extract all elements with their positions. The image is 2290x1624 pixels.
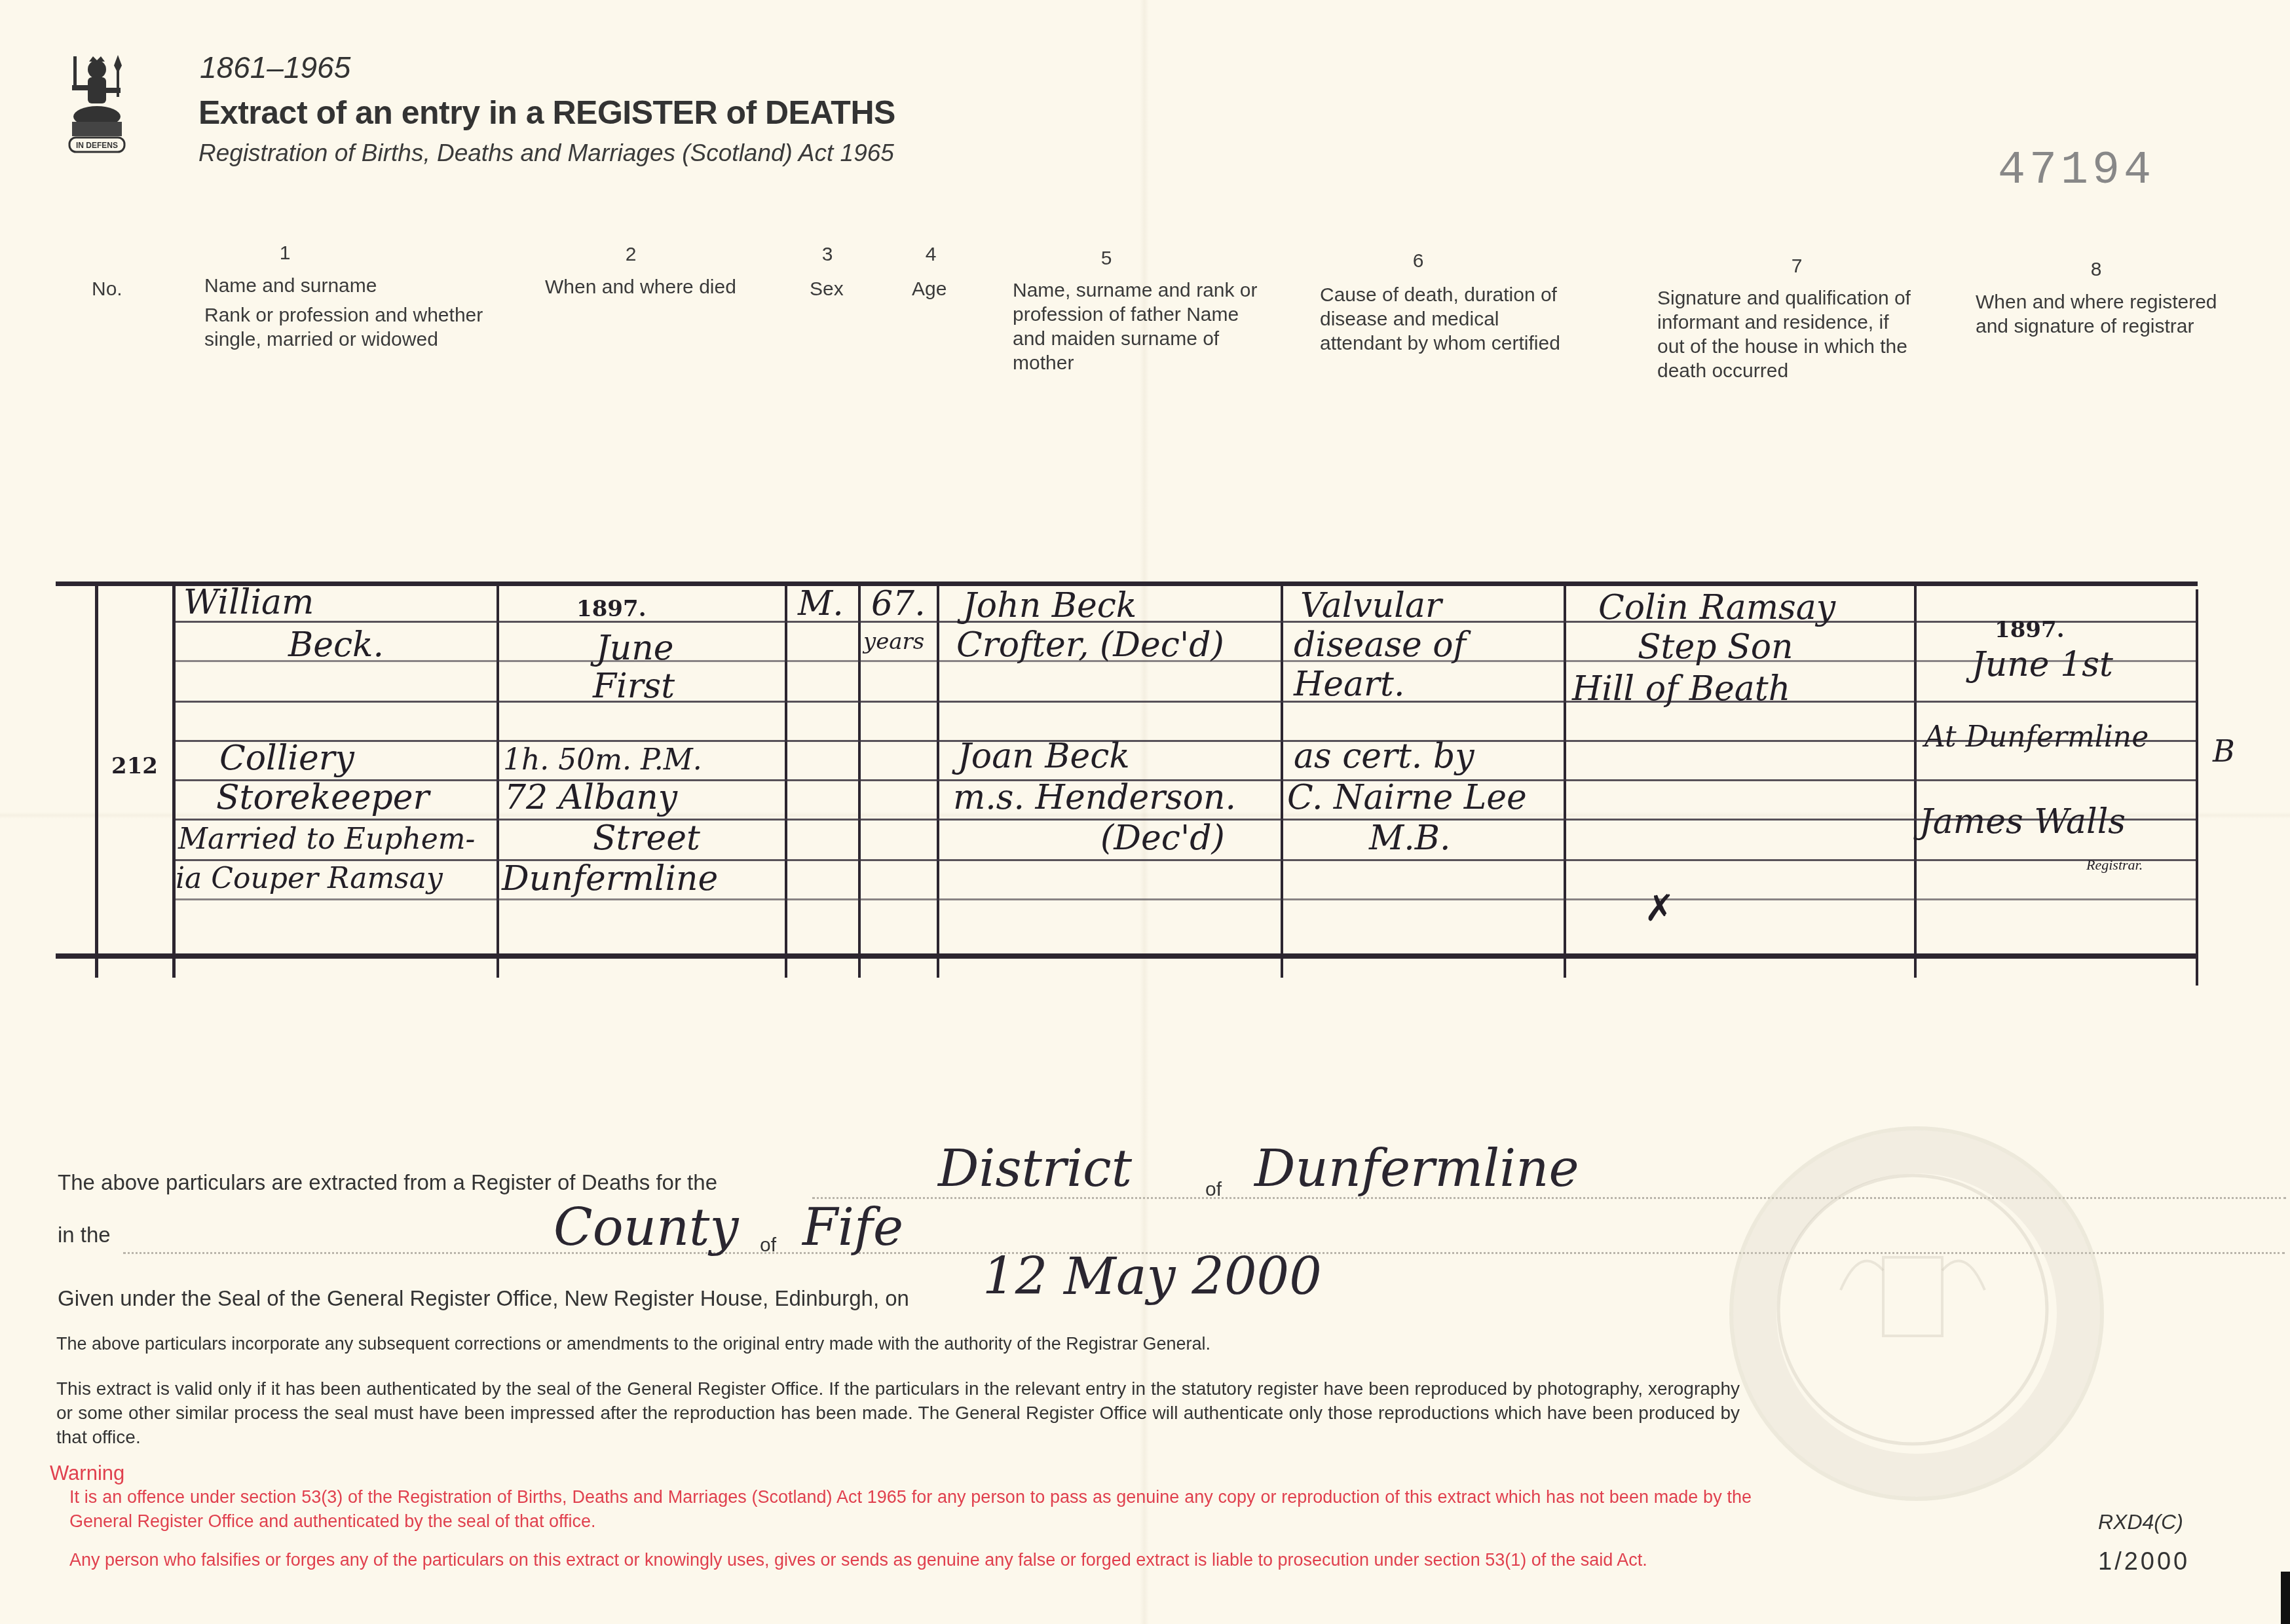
- royal-crest-logo: IN DEFENS: [60, 51, 134, 156]
- entry-spouse: ia Couper Ramsay: [176, 862, 443, 895]
- father-name: John Beck: [963, 586, 1136, 625]
- ruled-line: [176, 740, 2196, 742]
- column-number: 5: [1097, 248, 1116, 270]
- death-place: Dunfermline: [502, 859, 718, 898]
- page-subtitle: Registration of Births, Deaths and Marri…: [198, 139, 894, 167]
- county-name: Fife: [802, 1198, 903, 1257]
- column-header-sex: Sex: [810, 277, 844, 301]
- warning-paragraph-1: It is an offence under section 53(3) of …: [69, 1485, 1752, 1534]
- seal-emblem-icon: [1729, 1126, 2096, 1493]
- entry-sex: M.: [798, 584, 844, 623]
- of-label: of: [1205, 1179, 1222, 1201]
- ruled-line: [176, 898, 2196, 900]
- certification-line-2: in the: [58, 1223, 111, 1247]
- column-header-no: No.: [92, 277, 122, 301]
- death-day: First: [593, 667, 675, 706]
- cause-of-death: Heart.: [1294, 665, 1404, 704]
- column-number: 7: [1787, 255, 1807, 278]
- entry-age-unit: years: [863, 629, 924, 655]
- margin-mark: B: [2213, 733, 2235, 769]
- column-number: 4: [921, 244, 941, 266]
- entry-age: 67.: [871, 584, 926, 623]
- of-label: of: [760, 1234, 776, 1257]
- form-date: 1/2000: [2098, 1548, 2190, 1576]
- certification-line-1: The above particulars are extracted from…: [58, 1170, 717, 1195]
- scan-edge: [2281, 1572, 2290, 1624]
- serial-number: 47194: [1998, 145, 2155, 197]
- registrar-label: Registrar.: [2086, 857, 2143, 874]
- column-header-informant: Signature and qualification of informant…: [1657, 286, 1919, 383]
- entry-profession: Colliery: [219, 739, 354, 778]
- column-header-age: Age: [912, 277, 947, 301]
- informant-name: Colin Ramsay: [1598, 588, 1835, 627]
- embossed-seal-icon: [1729, 1126, 2104, 1501]
- column-number: 1: [275, 242, 295, 265]
- mother-name: Joan Beck: [958, 737, 1130, 776]
- death-month: June: [596, 629, 674, 668]
- column-header-cause: Cause of death, duration of disease and …: [1320, 283, 1582, 356]
- lion-rampant-crest-icon: IN DEFENS: [60, 51, 134, 156]
- county-type: County: [554, 1198, 739, 1257]
- validity-note: This extract is valid only if it has bee…: [56, 1376, 1740, 1449]
- medical-attendant: C. Nairne Lee: [1287, 778, 1527, 817]
- informant-residence: Hill of Beath: [1572, 669, 1790, 709]
- svg-text:IN DEFENS: IN DEFENS: [76, 141, 118, 150]
- death-address: Street: [593, 819, 700, 858]
- mother-maiden-name: m.s. Henderson.: [953, 778, 1236, 817]
- entry-surname: Beck.: [288, 625, 384, 665]
- registered-place: At Dunfermline: [1924, 720, 2149, 754]
- column-divider: [95, 581, 98, 978]
- death-address: 72 Albany: [504, 778, 677, 817]
- father-occupation: Crofter, (Dec'd): [956, 625, 1224, 665]
- column-number: 8: [2086, 259, 2106, 281]
- district-type: District: [938, 1139, 1132, 1198]
- district-name: Dunfermline: [1254, 1139, 1579, 1198]
- entry-marital-status: Married to Euphem-: [178, 822, 475, 856]
- entry-forename: William: [183, 583, 314, 622]
- certification-line-3: Given under the Seal of the General Regi…: [58, 1286, 909, 1311]
- death-year: 1897.: [576, 596, 646, 622]
- page-title: Extract of an entry in a REGISTER of DEA…: [198, 94, 895, 132]
- column-header-parents: Name, surname and rank or profession of …: [1013, 278, 1275, 375]
- cause-of-death: Valvular: [1300, 586, 1442, 625]
- entry-number: 212: [111, 753, 158, 779]
- form-reference: RXD4(C): [2098, 1510, 2183, 1534]
- column-divider: [2196, 589, 2198, 986]
- column-header-when-where: When and where died: [545, 275, 736, 299]
- ruled-line: [176, 701, 2196, 703]
- entry-profession: Storekeeper: [216, 778, 429, 817]
- informant-relation: Step Son: [1638, 627, 1793, 667]
- ruled-line: [176, 621, 2196, 623]
- table-border-bottom: [56, 953, 2198, 959]
- column-header-name: Name and surname Rank or profession and …: [204, 274, 512, 352]
- cause-of-death: disease of: [1294, 625, 1466, 665]
- column-number: 2: [621, 244, 641, 266]
- warning-paragraph-2: Any person who falsifies or forges any o…: [69, 1548, 1752, 1572]
- column-number: 6: [1408, 250, 1428, 272]
- informant-mark: ✗: [1644, 887, 1675, 930]
- corrections-note: The above particulars incorporate any su…: [56, 1332, 1211, 1356]
- column-header-registered: When and where registered and signature …: [1976, 290, 2238, 339]
- years-range: 1861–1965: [200, 50, 350, 85]
- medical-qualification: M.B.: [1369, 819, 1451, 858]
- table-border-top: [56, 581, 2198, 586]
- registrar-signature: James Walls: [1919, 802, 2126, 841]
- mother-status: (Dec'd): [1100, 819, 1225, 858]
- registered-year: 1897.: [1995, 617, 2064, 643]
- column-number: 3: [817, 244, 837, 266]
- certification-note: as cert. by: [1294, 737, 1474, 776]
- death-time: 1h. 50m. P.M.: [503, 743, 702, 777]
- registered-date: June 1st: [1972, 645, 2113, 684]
- warning-heading: Warning: [50, 1462, 124, 1485]
- ruled-line: [176, 859, 2196, 861]
- issue-date: 12 May 2000: [983, 1247, 1322, 1306]
